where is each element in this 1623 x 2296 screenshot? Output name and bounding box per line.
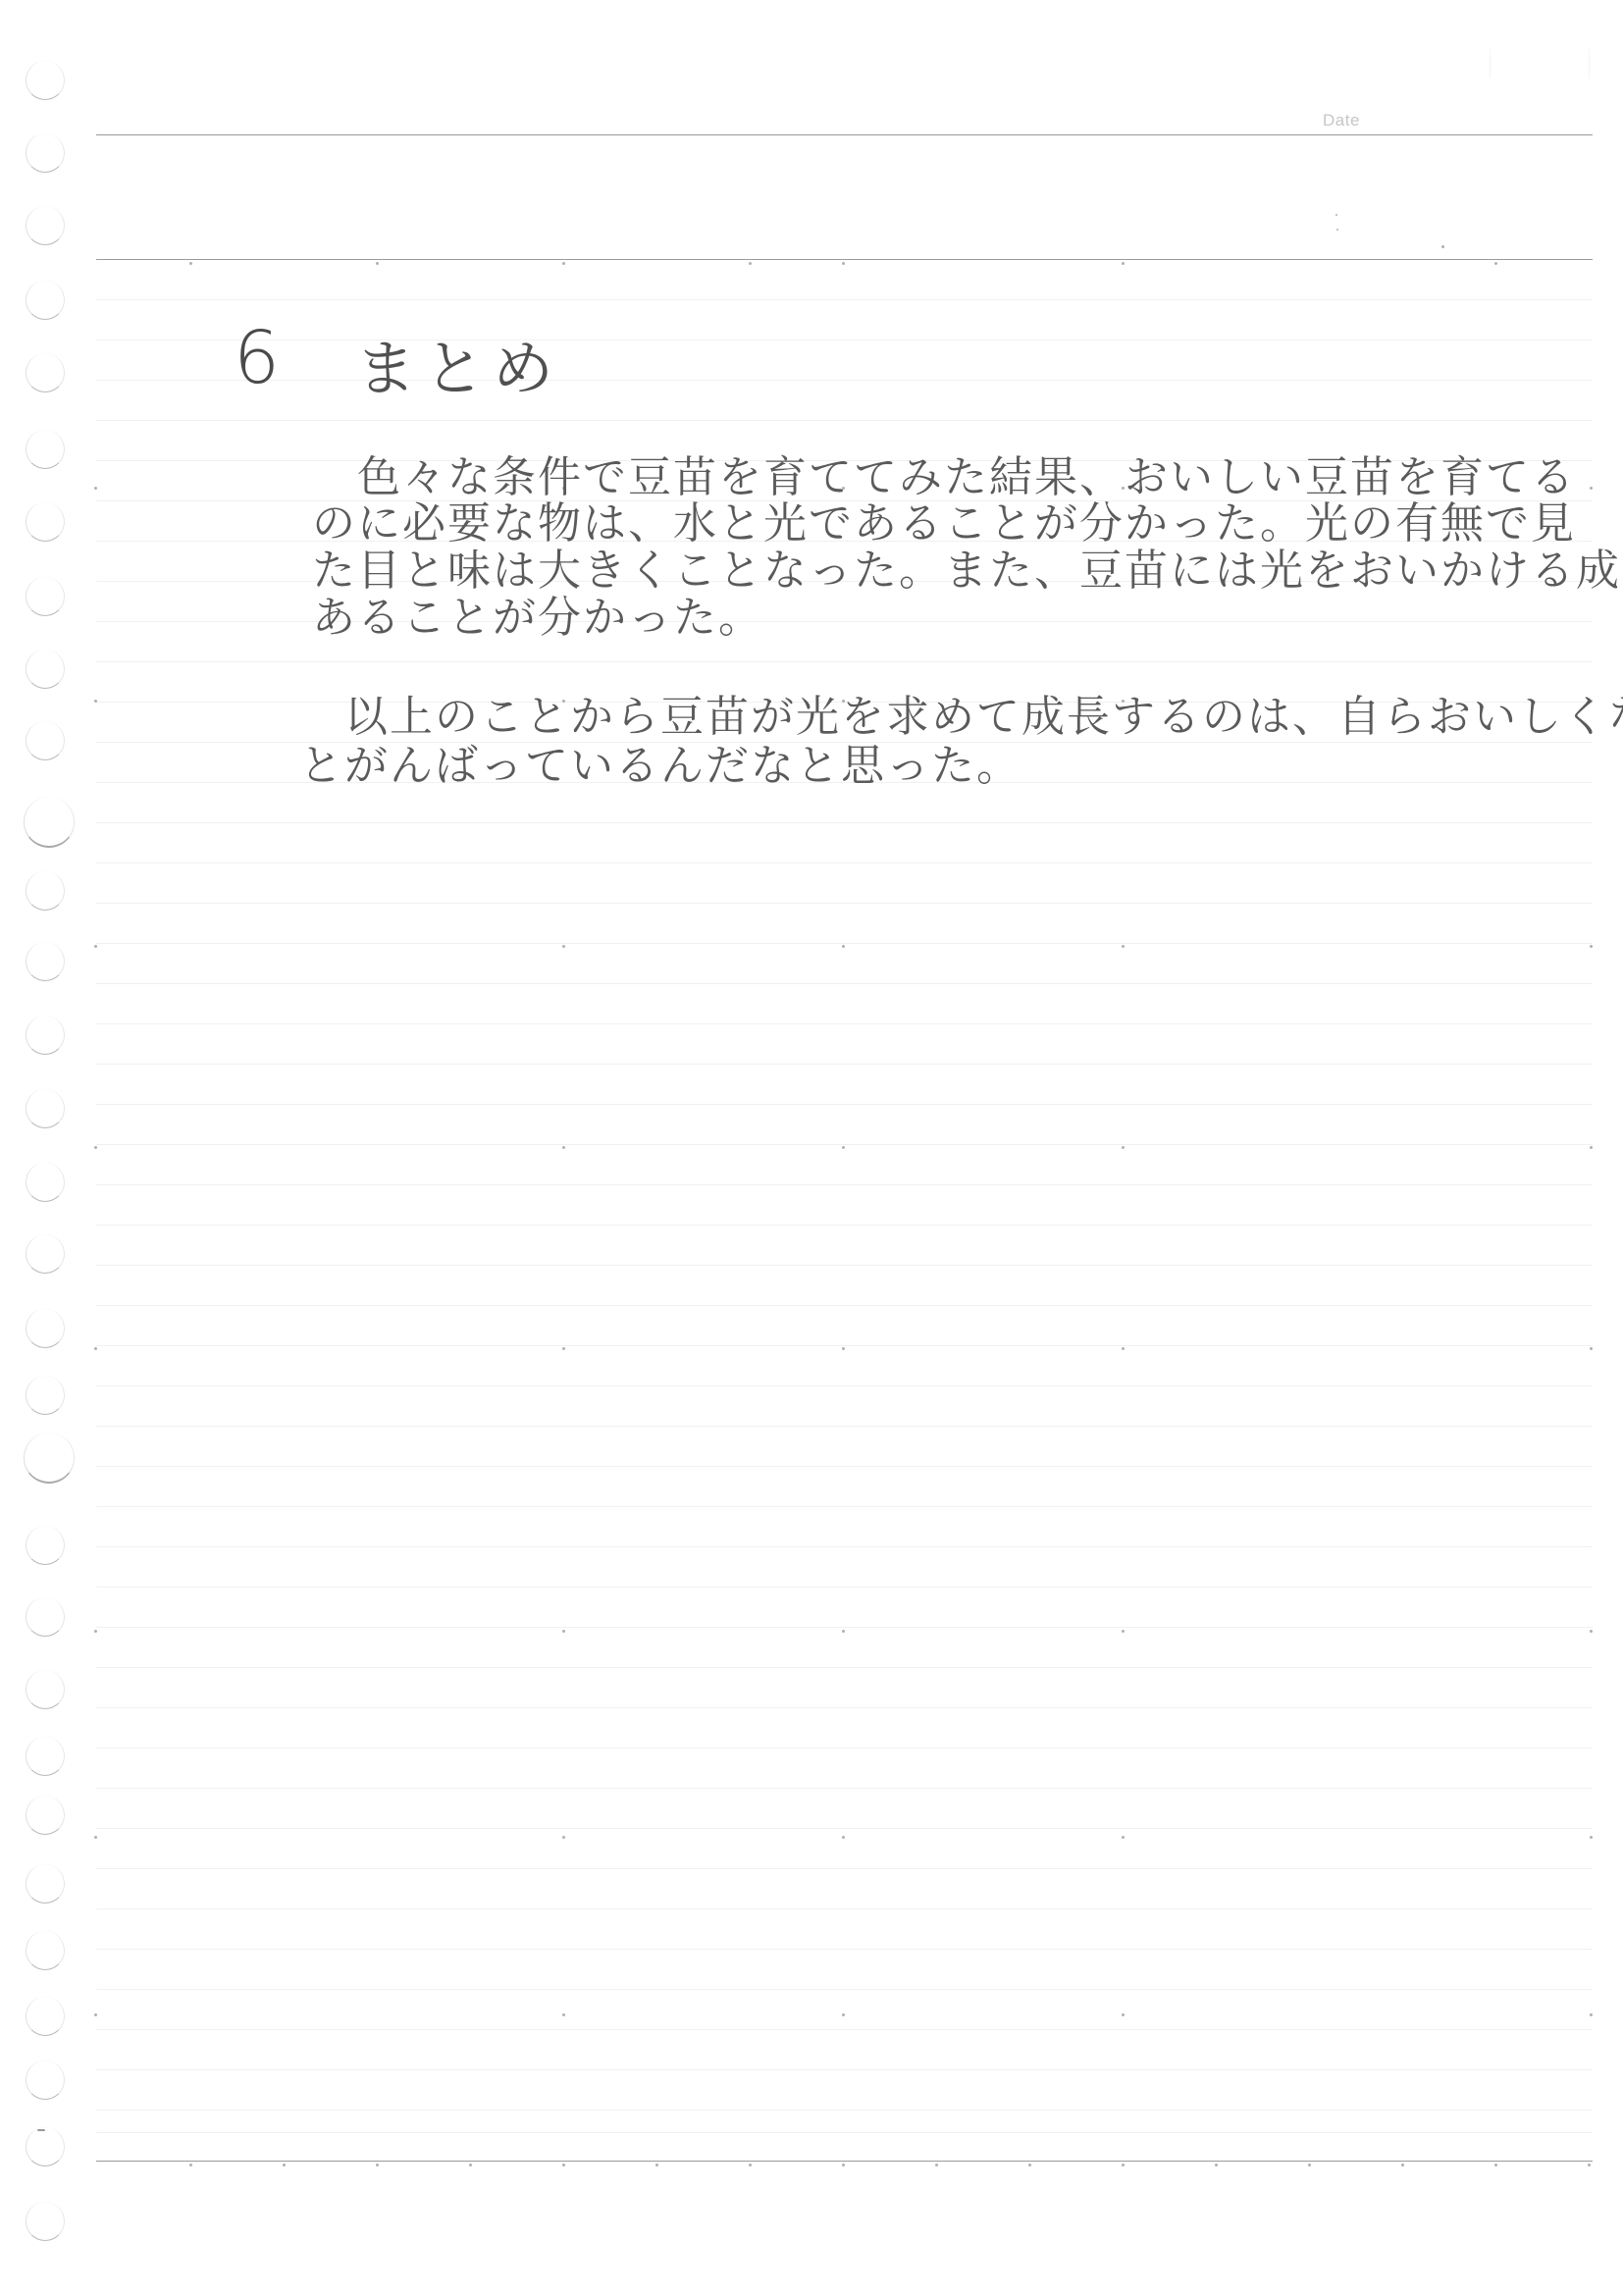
punch-hole [26, 1737, 65, 1776]
punch-hole [26, 1597, 65, 1637]
punch-hole [26, 502, 65, 542]
punch-hole [26, 577, 65, 616]
notebook-page: Date [0, 0, 1623, 2296]
binder-holes [0, 0, 88, 2296]
date-label: Date [1323, 111, 1360, 130]
punch-hole [26, 1670, 65, 1709]
punch-hole [24, 797, 75, 848]
punch-hole [26, 206, 65, 245]
punch-hole [26, 353, 65, 392]
punch-hole [26, 1931, 65, 1970]
punch-hole [26, 1163, 65, 1202]
punch-hole [26, 650, 65, 689]
bottom-rule [96, 2161, 1593, 2162]
punch-hole [26, 1526, 65, 1565]
punch-hole [24, 1433, 75, 1484]
punch-hole [26, 1376, 65, 1415]
punch-hole [26, 1796, 65, 1835]
speck [1441, 245, 1444, 248]
punch-hole [26, 1864, 65, 1904]
text-line: とがんばっているんだなと思った。 [299, 730, 1021, 793]
punch-hole [26, 1016, 65, 1055]
punch-hole [26, 1234, 65, 1274]
top-rule [96, 259, 1593, 260]
punch-hole [26, 133, 65, 173]
pencil-mark [37, 2129, 45, 2131]
punch-hole [26, 2061, 65, 2100]
text-line: あることが分かった。 [312, 582, 763, 645]
section-number: 6 [234, 316, 280, 400]
punch-hole [26, 1089, 65, 1128]
punch-hole [26, 2127, 65, 2166]
punch-hole [26, 871, 65, 911]
section-title: まとめ [355, 320, 561, 407]
page-number-box [1490, 49, 1590, 78]
punch-hole [26, 430, 65, 469]
punch-hole [26, 281, 65, 320]
punch-hole [26, 2202, 65, 2241]
punch-hole [26, 721, 65, 760]
punch-hole [26, 942, 65, 981]
punch-hole [26, 1997, 65, 2036]
punch-hole [26, 1309, 65, 1348]
punch-hole [26, 61, 65, 100]
header-rule [96, 134, 1593, 135]
speck [1336, 229, 1338, 231]
speck [1335, 214, 1337, 216]
